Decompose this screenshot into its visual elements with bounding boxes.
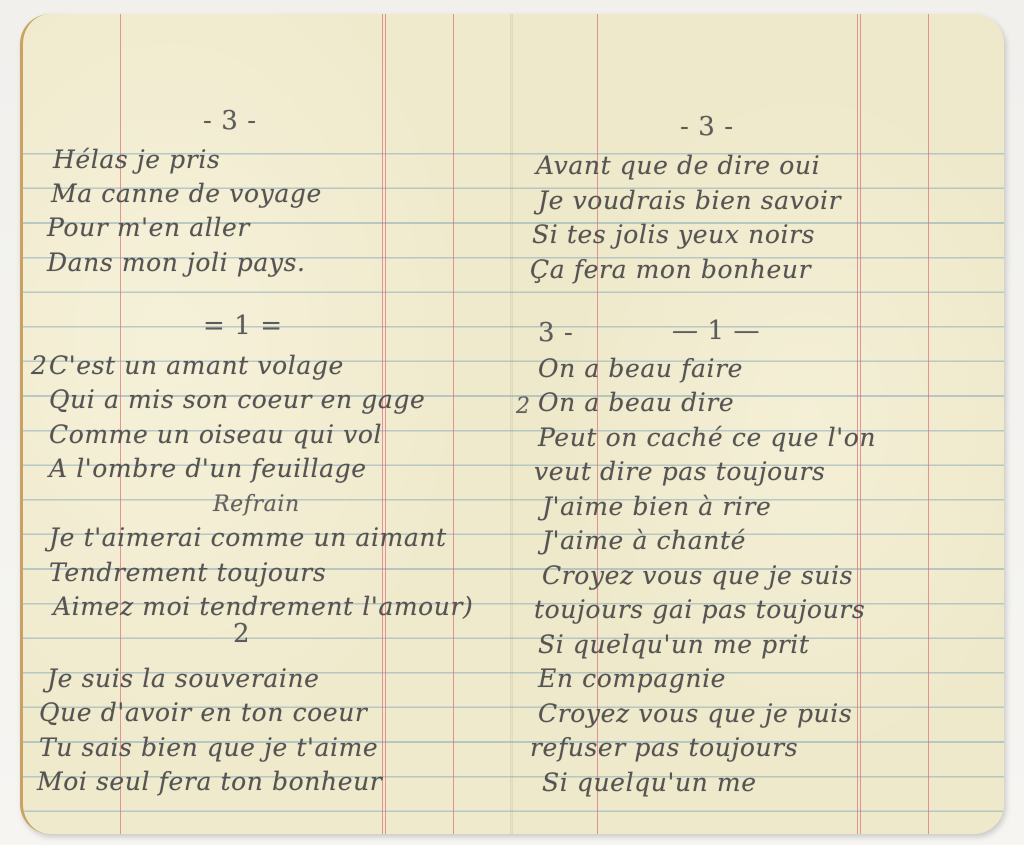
- verse-line: Qui a mis son coeur en gage: [49, 385, 425, 414]
- verse-line: Croyez vous que je puis: [538, 699, 852, 728]
- section-marker: 2: [233, 619, 250, 649]
- verse-line: Si quelqu'un me prit: [538, 630, 810, 659]
- verse-line: Ça fera mon bonheur: [530, 255, 811, 284]
- verse-line: J'aime à chanté: [542, 526, 746, 555]
- verse-line: Je voudrais bien savoir: [538, 186, 841, 215]
- verse-line: En compagnie: [538, 664, 726, 693]
- page-number: - 3 -: [203, 106, 257, 136]
- verse-line: Dans mon joli pays.: [47, 248, 306, 277]
- verse-line: J'aime bien à rire: [542, 492, 771, 521]
- notebook-gutter: [510, 14, 513, 834]
- section-marker: — 1 —: [672, 316, 760, 346]
- notebook-spread: - 3 - Hélas je pris Ma canne de voyage P…: [20, 14, 1004, 834]
- verse-line: toujours gai pas toujours: [534, 595, 865, 624]
- right-page: - 3 - Avant que de dire oui Je voudrais …: [512, 14, 1004, 834]
- verse-line: Comme un oiseau qui vol: [49, 420, 382, 449]
- verse-line: Peut on caché ce que l'on: [538, 423, 876, 452]
- left-page-text: - 3 - Hélas je pris Ma canne de voyage P…: [23, 14, 515, 834]
- verse-line: Si tes jolis yeux noirs: [532, 220, 815, 249]
- verse-line: On a beau faire: [538, 354, 743, 383]
- verse-line: refuser pas toujours: [530, 733, 798, 762]
- verse-line: Avant que de dire oui: [536, 151, 820, 180]
- verse-line: veut dire pas toujours: [534, 457, 825, 486]
- verse-line: Que d'avoir en ton coeur: [39, 698, 367, 727]
- verse-line: Moi seul fera ton bonheur: [37, 767, 382, 796]
- right-page-text: - 3 - Avant que de dire oui Je voudrais …: [512, 14, 1004, 834]
- page-number: - 3 -: [680, 112, 734, 142]
- verse-line: C'est un amant volage: [49, 351, 344, 380]
- verse-line: Si quelqu'un me: [542, 768, 757, 797]
- margin-mark: 2: [516, 394, 531, 419]
- verse-line: A l'ombre d'un feuillage: [49, 454, 367, 483]
- verse-line: Croyez vous que je suis: [542, 561, 853, 590]
- verse-line: Pour m'en aller: [47, 213, 250, 242]
- verse-line: Hélas je pris: [53, 145, 220, 174]
- refrain-line: Tendrement toujours: [49, 558, 326, 587]
- left-page: - 3 - Hélas je pris Ma canne de voyage P…: [20, 14, 515, 834]
- refrain-line: Je t'aimerai comme un aimant: [49, 523, 447, 552]
- verse-line: Tu sais bien que je t'aime: [39, 733, 378, 762]
- verse-line: Je suis la souveraine: [47, 664, 320, 693]
- verse-line: On a beau dire: [538, 388, 734, 417]
- refrain-label: Refrain: [213, 492, 300, 517]
- section-marker: = 1 =: [203, 311, 283, 341]
- refrain-line: Aimez moi tendrement l'amour): [53, 592, 473, 621]
- section-prefix: 3 -: [538, 318, 573, 348]
- verse-number: 2: [31, 351, 48, 380]
- verse-line: Ma canne de voyage: [51, 179, 322, 208]
- scanned-notebook-scene: - 3 - Hélas je pris Ma canne de voyage P…: [0, 0, 1024, 845]
